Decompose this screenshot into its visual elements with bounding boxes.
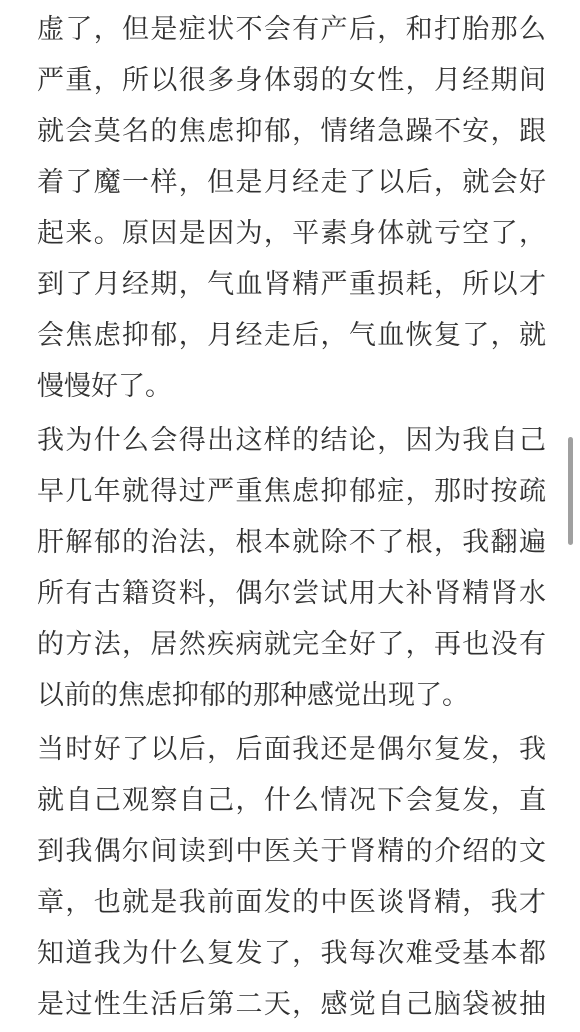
paragraph: 我为什么会得出这样的结论，因为我自己 早几年就得过严重焦虑抑郁症，那时按疏 肝解… [37,415,546,721]
paragraph: 当时好了以后，后面我还是偶尔复发，我 就自己观察自己，什么情况下会复发，直 到我… [37,724,546,1030]
text-line: 肝解郁的治法，根本就除不了根，我翻遍 [37,517,546,568]
text-line: 着了魔一样，但是月经走了以后，就会好 [37,157,546,208]
text-line: 到我偶尔间读到中医关于肾精的介绍的文 [37,826,546,877]
text-line: 当时好了以后，后面我还是偶尔复发，我 [37,724,546,775]
text-line: 是过性生活后第二天，感觉自己脑袋被抽 [37,979,546,1030]
text-line: 就会莫名的焦虑抑郁，情绪急躁不安，跟 [37,106,546,157]
text-line: 严重，所以很多身体弱的女性，月经期间 [37,55,546,106]
text-line: 就自己观察自己，什么情况下会复发，直 [37,775,546,826]
text-line: 所有古籍资料，偶尔尝试用大补肾精肾水 [37,568,546,619]
text-line: 会焦虑抑郁，月经走后，气血恢复了，就 [37,310,546,361]
text-line: 我为什么会得出这样的结论，因为我自己 [37,415,546,466]
article-text: 虚了，但是症状不会有产后，和打胎那么 严重，所以很多身体弱的女性，月经期间 就会… [37,4,546,1030]
text-line: 章，也就是我前面发的中医谈肾精，我才 [37,877,546,928]
text-line: 起来。原因是因为，平素身体就亏空了， [37,208,546,259]
text-line: 以前的焦虑抑郁的那种感觉出现了。 [37,670,546,721]
text-line: 虚了，但是症状不会有产后，和打胎那么 [37,4,546,55]
scrollbar-thumb[interactable] [568,437,573,545]
text-line: 知道我为什么复发了，我每次难受基本都 [37,928,546,979]
paragraph: 虚了，但是症状不会有产后，和打胎那么 严重，所以很多身体弱的女性，月经期间 就会… [37,4,546,412]
text-line: 的方法，居然疾病就完全好了，再也没有 [37,619,546,670]
text-line: 到了月经期，气血肾精严重损耗，所以才 [37,259,546,310]
text-line: 慢慢好了。 [37,361,546,412]
text-line: 早几年就得过严重焦虑抑郁症，那时按疏 [37,466,546,517]
